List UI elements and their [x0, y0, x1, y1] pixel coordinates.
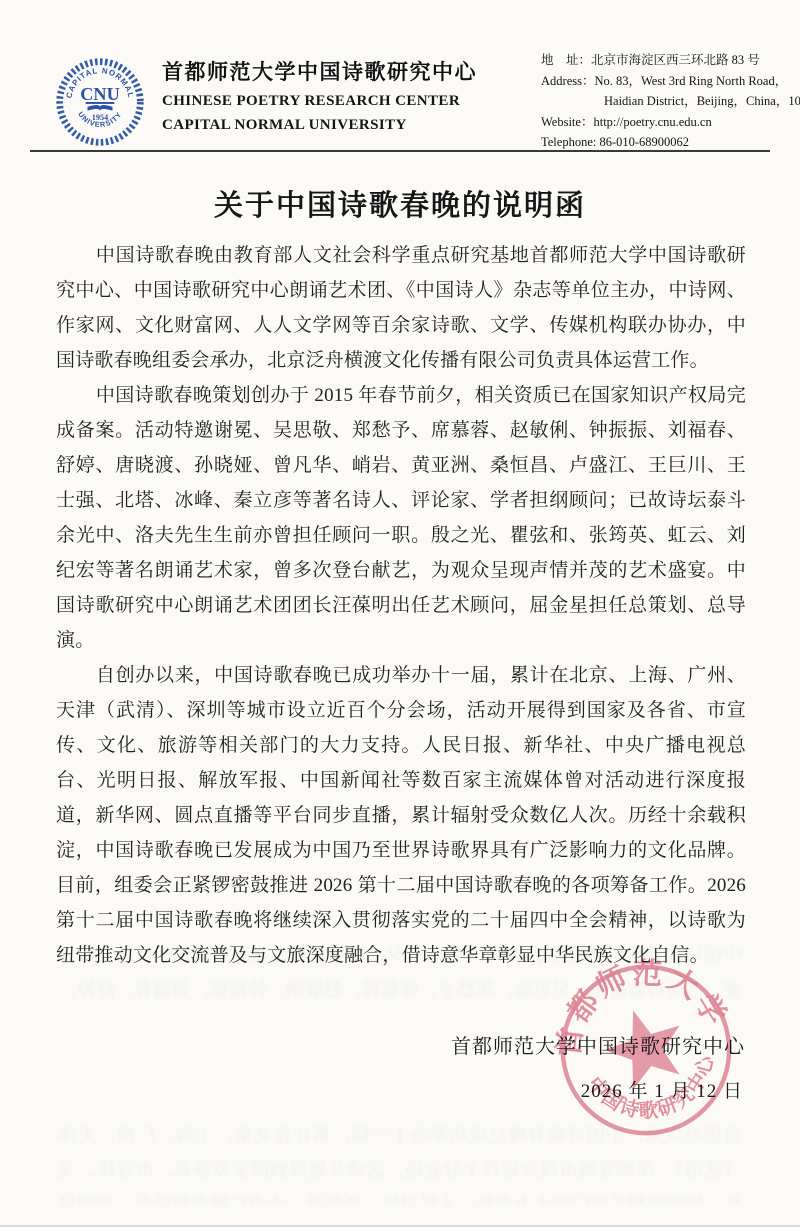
contact-address-en-line2-value: Haidian District，Beijing，China，100089 — [604, 94, 800, 108]
contact-address-en-value: No. 83，West 3rd Ring North Road， — [594, 74, 787, 88]
contact-website-value: http://poetry.cnu.edu.cn — [593, 115, 711, 129]
logo-underline — [86, 102, 115, 104]
contact-address-en-line2: Haidian District，Beijing，China，100089 — [541, 91, 791, 112]
bleed-through-text: 自创办以来，中国诗歌春晚已成功举办十一届，累计在北京、上海、广州、天津（武清）、… — [58, 1118, 742, 1204]
contact-address-zh-label: 地 址： — [541, 50, 591, 71]
signature-date: 2026 年 1 月 12 日 — [581, 1076, 743, 1103]
page-title: 关于中国诗歌春晚的说明函 — [0, 183, 800, 224]
cnu-logo-icon: CAPITAL NORMAL UNIVERSITY CNU 1954 — [52, 54, 148, 150]
contact-block: 地 址：北京市海淀区西三环北路 83 号 Address：No. 83，West… — [541, 50, 791, 153]
paragraph-3: 自创办以来，中国诗歌春晚已成功举办十一届，累计在北京、上海、广州、天津（武清）、… — [56, 658, 746, 973]
contact-website-label: Website： — [541, 112, 593, 133]
paragraph-1: 中国诗歌春晚由教育部人文社会科学重点研究基地首都师范大学中国诗歌研究中心、中国诗… — [56, 238, 746, 378]
contact-telephone-value: 86-010-68900062 — [599, 135, 689, 149]
org-name-en-line2: CAPITAL NORMAL UNIVERSITY — [162, 117, 477, 134]
letter-body: 中国诗歌春晚由教育部人文社会科学重点研究基地首都师范大学中国诗歌研究中心、中国诗… — [56, 238, 746, 973]
header-divider — [30, 150, 770, 152]
org-name-en-line1: CHINESE POETRY RESEARCH CENTER — [162, 93, 477, 110]
logo-year: 1954 — [92, 113, 109, 122]
org-name-zh: 首都师范大学中国诗歌研究中心 — [162, 56, 477, 86]
contact-address-en: Address：No. 83，West 3rd Ring North Road， — [541, 71, 791, 92]
contact-website: Website：http://poetry.cnu.edu.cn — [541, 112, 791, 133]
signature-org: 首都师范大学中国诗歌研究中心 — [451, 1030, 745, 1059]
logo-acronym: CNU — [80, 84, 120, 104]
paragraph-2: 中国诗歌春晚策划创办于 2015 年春节前夕，相关资质已在国家知识产权局完成备案… — [56, 378, 746, 658]
contact-address-zh: 地 址：北京市海淀区西三环北路 83 号 — [541, 50, 791, 71]
contact-address-zh-value: 北京市海淀区西三环北路 83 号 — [591, 53, 760, 67]
org-name-block: 首都师范大学中国诗歌研究中心 CHINESE POETRY RESEARCH C… — [162, 56, 477, 134]
contact-address-en-label: Address： — [541, 71, 594, 92]
